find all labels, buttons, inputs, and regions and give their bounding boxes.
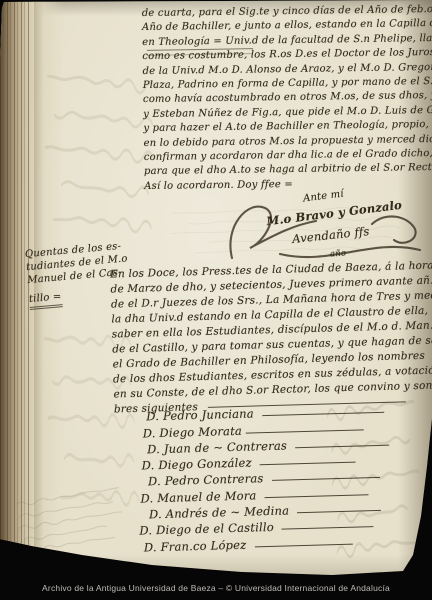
archive-photo: de cuarta, para el Sig.te y cinco días d…: [0, 0, 432, 600]
student-roll-list: D. Pedro Junciana D. Diego Morata D. Jua…: [146, 401, 392, 554]
student-name: D. Fran.co López: [144, 537, 247, 554]
ruled-blank: [246, 429, 364, 433]
bleedthrough-bottom-left: [15, 484, 137, 557]
book-binding-edge: [0, 0, 30, 560]
archive-caption: Archivo de la Antigua Universidad de Bae…: [0, 583, 432, 593]
ruled-blank: [260, 462, 356, 466]
ruled-blank: [272, 477, 380, 481]
ruled-blank: [295, 445, 389, 449]
student-name: D. Diego Morata: [143, 423, 243, 440]
manuscript-page: de cuarta, para el Sig.te y cinco días d…: [0, 0, 432, 600]
ruled-blank: [282, 526, 374, 530]
signature-year-mark: año: [330, 248, 347, 259]
manuscript-line: Así lo acordaron. Doy ffee =: [144, 176, 432, 194]
ruled-blank: [254, 543, 352, 547]
ruled-blank: [262, 412, 384, 416]
student-name: D. Pedro Junciana: [146, 407, 254, 424]
act-paragraph-2: En los Doce, los Press.tes de la Ciudad …: [110, 259, 432, 418]
ruled-blank: [297, 510, 381, 513]
bleedthrough-left: [31, 70, 157, 244]
margin-note-line: tillo =: [28, 290, 62, 310]
ruled-blank: [265, 494, 369, 498]
act-paragraph-1: de cuarta, para el Sig.te y cinco días d…: [142, 3, 432, 194]
